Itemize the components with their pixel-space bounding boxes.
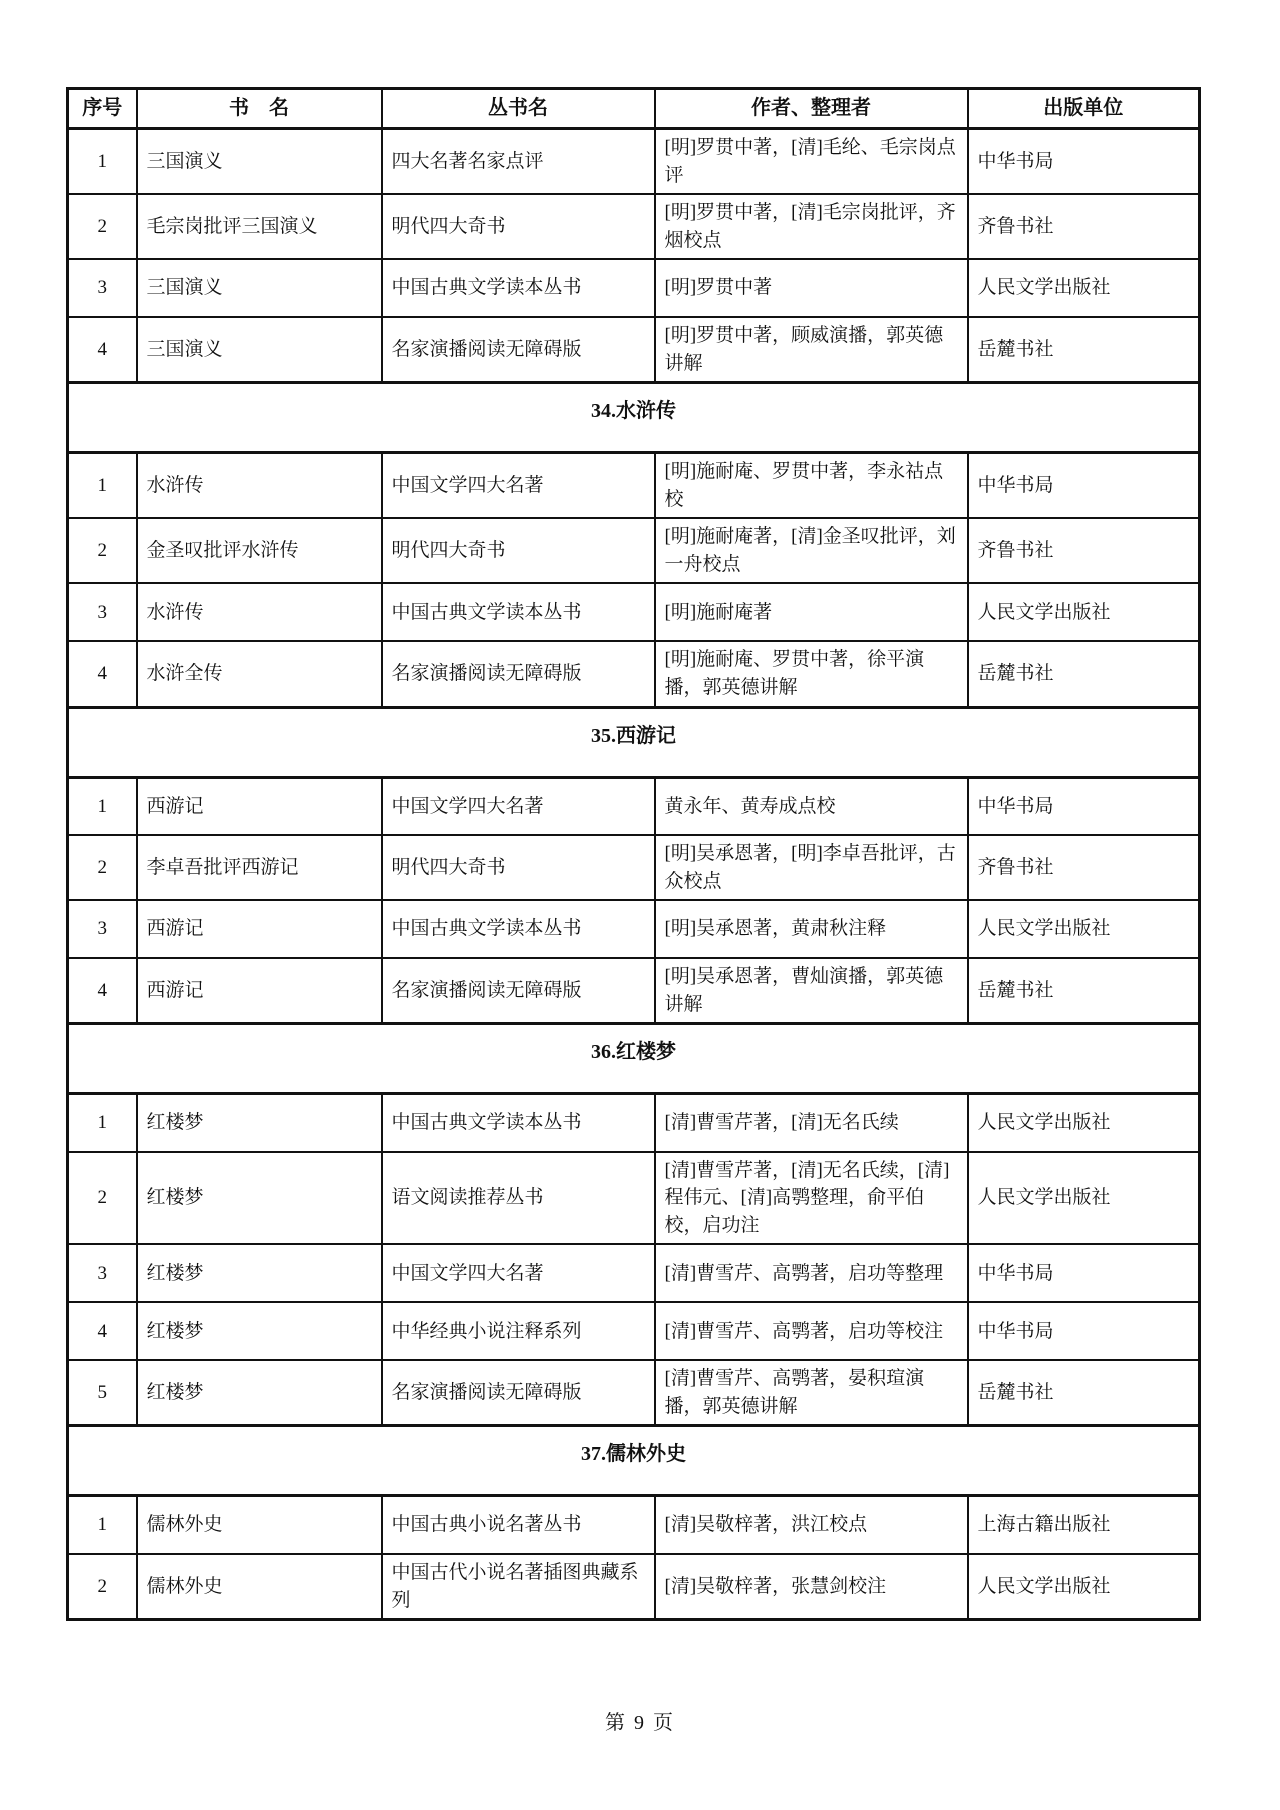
book-title-cell: 毛宗岗批评三国演义 — [137, 194, 382, 259]
publisher-cell: 齐鲁书社 — [968, 194, 1200, 259]
publisher-cell: 岳麓书社 — [968, 641, 1200, 707]
series-name-cell: 四大名著名家点评 — [382, 129, 655, 195]
row-index-cell: 2 — [68, 518, 137, 583]
section-header-row: 34.水浒传 — [68, 383, 1200, 453]
publisher-cell: 岳麓书社 — [968, 958, 1200, 1024]
row-index-cell: 2 — [68, 194, 137, 259]
table-row: 2儒林外史中国古代小说名著插图典藏系列[清]吴敬梓著，张慧剑校注人民文学出版社 — [68, 1554, 1200, 1620]
series-name-cell: 名家演播阅读无障碍版 — [382, 317, 655, 383]
publisher-cell: 人民文学出版社 — [968, 1094, 1200, 1152]
section-header-row: 37.儒林外史 — [68, 1426, 1200, 1496]
row-index-cell: 1 — [68, 1496, 137, 1554]
row-index-cell: 3 — [68, 583, 137, 641]
table-row: 2金圣叹批评水浒传明代四大奇书[明]施耐庵著，[清]金圣叹批评，刘一舟校点齐鲁书… — [68, 518, 1200, 583]
row-index-cell: 4 — [68, 1302, 137, 1360]
book-title-cell: 西游记 — [137, 900, 382, 958]
row-index-cell: 4 — [68, 641, 137, 707]
section-header-row: 35.西游记 — [68, 707, 1200, 777]
table-row: 3三国演义中国古典文学读本丛书[明]罗贯中著人民文学出版社 — [68, 259, 1200, 317]
table-row: 2毛宗岗批评三国演义明代四大奇书[明]罗贯中著，[清]毛宗岗批评，齐烟校点齐鲁书… — [68, 194, 1200, 259]
publisher-cell: 人民文学出版社 — [968, 259, 1200, 317]
table-row: 5红楼梦名家演播阅读无障碍版[清]曹雪芹、高鹗著，晏积瑄演播，郭英德讲解岳麓书社 — [68, 1360, 1200, 1426]
table-row: 4西游记名家演播阅读无障碍版[明]吴承恩著，曹灿演播，郭英德讲解岳麓书社 — [68, 958, 1200, 1024]
column-header-authors: 作者、整理者 — [655, 89, 968, 129]
row-index-cell: 3 — [68, 1244, 137, 1302]
table-row: 3水浒传中国古典文学读本丛书[明]施耐庵著人民文学出版社 — [68, 583, 1200, 641]
column-header-index: 序号 — [68, 89, 137, 129]
authors-cell: [明]施耐庵著 — [655, 583, 968, 641]
authors-cell: [清]曹雪芹著，[清]无名氏续 — [655, 1094, 968, 1152]
series-name-cell: 中国文学四大名著 — [382, 453, 655, 519]
series-name-cell: 明代四大奇书 — [382, 194, 655, 259]
book-title-cell: 水浒传 — [137, 453, 382, 519]
authors-cell: [明]罗贯中著 — [655, 259, 968, 317]
section-header-row: 36.红楼梦 — [68, 1024, 1200, 1094]
series-name-cell: 中华经典小说注释系列 — [382, 1302, 655, 1360]
book-title-cell: 李卓吾批评西游记 — [137, 835, 382, 900]
authors-cell: [清]曹雪芹著，[清]无名氏续，[清]程伟元、[清]高鹗整理，俞平伯校，启功注 — [655, 1152, 968, 1245]
publisher-cell: 中华书局 — [968, 1244, 1200, 1302]
series-name-cell: 名家演播阅读无障碍版 — [382, 958, 655, 1024]
authors-cell: [明]施耐庵、罗贯中著，李永祜点校 — [655, 453, 968, 519]
section-title: 35.西游记 — [68, 707, 1200, 777]
table-row: 3西游记中国古典文学读本丛书[明]吴承恩著，黄肃秋注释人民文学出版社 — [68, 900, 1200, 958]
row-index-cell: 1 — [68, 453, 137, 519]
publisher-cell: 人民文学出版社 — [968, 583, 1200, 641]
book-title-cell: 红楼梦 — [137, 1152, 382, 1245]
book-title-cell: 三国演义 — [137, 129, 382, 195]
series-name-cell: 明代四大奇书 — [382, 835, 655, 900]
table-row: 1水浒传中国文学四大名著[明]施耐庵、罗贯中著，李永祜点校中华书局 — [68, 453, 1200, 519]
series-name-cell: 中国文学四大名著 — [382, 777, 655, 835]
row-index-cell: 2 — [68, 835, 137, 900]
publisher-cell: 岳麓书社 — [968, 317, 1200, 383]
row-index-cell: 2 — [68, 1152, 137, 1245]
row-index-cell: 3 — [68, 259, 137, 317]
publisher-cell: 中华书局 — [968, 453, 1200, 519]
book-title-cell: 儒林外史 — [137, 1496, 382, 1554]
table-row: 1红楼梦中国古典文学读本丛书[清]曹雪芹著，[清]无名氏续人民文学出版社 — [68, 1094, 1200, 1152]
publisher-cell: 上海古籍出版社 — [968, 1496, 1200, 1554]
book-title-cell: 西游记 — [137, 958, 382, 1024]
authors-cell: [明]吴承恩著，曹灿演播，郭英德讲解 — [655, 958, 968, 1024]
series-name-cell: 中国古典小说名著丛书 — [382, 1496, 655, 1554]
authors-cell: [明]吴承恩著，[明]李卓吾批评，古众校点 — [655, 835, 968, 900]
publisher-cell: 岳麓书社 — [968, 1360, 1200, 1426]
series-name-cell: 中国古典文学读本丛书 — [382, 259, 655, 317]
column-header-title: 书 名 — [137, 89, 382, 129]
publisher-cell: 中华书局 — [968, 1302, 1200, 1360]
book-title-cell: 西游记 — [137, 777, 382, 835]
authors-cell: 黄永年、黄寿成点校 — [655, 777, 968, 835]
authors-cell: [明]罗贯中著，[清]毛宗岗批评，齐烟校点 — [655, 194, 968, 259]
publisher-cell: 人民文学出版社 — [968, 900, 1200, 958]
column-header-series: 丛书名 — [382, 89, 655, 129]
authors-cell: [清]曹雪芹、高鹗著，启功等校注 — [655, 1302, 968, 1360]
publisher-cell: 中华书局 — [968, 777, 1200, 835]
book-title-cell: 三国演义 — [137, 259, 382, 317]
series-name-cell: 中国古典文学读本丛书 — [382, 900, 655, 958]
series-name-cell: 名家演播阅读无障碍版 — [382, 1360, 655, 1426]
row-index-cell: 3 — [68, 900, 137, 958]
section-title: 36.红楼梦 — [68, 1024, 1200, 1094]
table-row: 3红楼梦中国文学四大名著[清]曹雪芹、高鹗著，启功等整理中华书局 — [68, 1244, 1200, 1302]
authors-cell: [明]吴承恩著，黄肃秋注释 — [655, 900, 968, 958]
table-row: 4三国演义名家演播阅读无障碍版[明]罗贯中著，顾威演播，郭英德讲解岳麓书社 — [68, 317, 1200, 383]
row-index-cell: 5 — [68, 1360, 137, 1426]
row-index-cell: 2 — [68, 1554, 137, 1620]
series-name-cell: 语文阅读推荐丛书 — [382, 1152, 655, 1245]
table-row: 2李卓吾批评西游记明代四大奇书[明]吴承恩著，[明]李卓吾批评，古众校点齐鲁书社 — [68, 835, 1200, 900]
authors-cell: [清]吴敬梓著，张慧剑校注 — [655, 1554, 968, 1620]
series-name-cell: 中国古代小说名著插图典藏系列 — [382, 1554, 655, 1620]
row-index-cell: 1 — [68, 1094, 137, 1152]
publisher-cell: 齐鲁书社 — [968, 835, 1200, 900]
book-title-cell: 儒林外史 — [137, 1554, 382, 1620]
authors-cell: [清]吴敬梓著，洪江校点 — [655, 1496, 968, 1554]
book-title-cell: 红楼梦 — [137, 1094, 382, 1152]
table-row: 1儒林外史中国古典小说名著丛书[清]吴敬梓著，洪江校点上海古籍出版社 — [68, 1496, 1200, 1554]
table-row: 1三国演义四大名著名家点评[明]罗贯中著，[清]毛纶、毛宗岗点评中华书局 — [68, 129, 1200, 195]
row-index-cell: 4 — [68, 958, 137, 1024]
publisher-cell: 中华书局 — [968, 129, 1200, 195]
section-title: 37.儒林外史 — [68, 1426, 1200, 1496]
series-name-cell: 中国文学四大名著 — [382, 1244, 655, 1302]
book-title-cell: 红楼梦 — [137, 1302, 382, 1360]
series-name-cell: 明代四大奇书 — [382, 518, 655, 583]
book-title-cell: 红楼梦 — [137, 1244, 382, 1302]
page-number-footer: 第 9 页 — [0, 1706, 1280, 1735]
authors-cell: [明]施耐庵著，[清]金圣叹批评，刘一舟校点 — [655, 518, 968, 583]
column-header-publisher: 出版单位 — [968, 89, 1200, 129]
book-title-cell: 水浒传 — [137, 583, 382, 641]
publisher-cell: 人民文学出版社 — [968, 1554, 1200, 1620]
authors-cell: [明]罗贯中著，顾威演播，郭英德讲解 — [655, 317, 968, 383]
publisher-cell: 齐鲁书社 — [968, 518, 1200, 583]
table-row: 2红楼梦语文阅读推荐丛书[清]曹雪芹著，[清]无名氏续，[清]程伟元、[清]高鹗… — [68, 1152, 1200, 1245]
page-number-text: 第 9 页 — [605, 1712, 675, 1734]
row-index-cell: 4 — [68, 317, 137, 383]
book-list-table: 序号 书 名 丛书名 作者、整理者 出版单位 1三国演义四大名著名家点评[明]罗… — [66, 87, 1201, 1621]
table-row: 4红楼梦中华经典小说注释系列[清]曹雪芹、高鹗著，启功等校注中华书局 — [68, 1302, 1200, 1360]
publisher-cell: 人民文学出版社 — [968, 1152, 1200, 1245]
series-name-cell: 中国古典文学读本丛书 — [382, 583, 655, 641]
book-title-cell: 金圣叹批评水浒传 — [137, 518, 382, 583]
series-name-cell: 名家演播阅读无障碍版 — [382, 641, 655, 707]
row-index-cell: 1 — [68, 129, 137, 195]
row-index-cell: 1 — [68, 777, 137, 835]
authors-cell: [明]施耐庵、罗贯中著，徐平演播，郭英德讲解 — [655, 641, 968, 707]
table-header-row: 序号 书 名 丛书名 作者、整理者 出版单位 — [68, 89, 1200, 129]
document-page: 序号 书 名 丛书名 作者、整理者 出版单位 1三国演义四大名著名家点评[明]罗… — [0, 0, 1280, 1810]
authors-cell: [清]曹雪芹、高鹗著，启功等整理 — [655, 1244, 968, 1302]
book-title-cell: 水浒全传 — [137, 641, 382, 707]
series-name-cell: 中国古典文学读本丛书 — [382, 1094, 655, 1152]
book-title-cell: 红楼梦 — [137, 1360, 382, 1426]
authors-cell: [明]罗贯中著，[清]毛纶、毛宗岗点评 — [655, 129, 968, 195]
section-title: 34.水浒传 — [68, 383, 1200, 453]
book-title-cell: 三国演义 — [137, 317, 382, 383]
authors-cell: [清]曹雪芹、高鹗著，晏积瑄演播，郭英德讲解 — [655, 1360, 968, 1426]
table-row: 1西游记中国文学四大名著黄永年、黄寿成点校中华书局 — [68, 777, 1200, 835]
table-row: 4水浒全传名家演播阅读无障碍版[明]施耐庵、罗贯中著，徐平演播，郭英德讲解岳麓书… — [68, 641, 1200, 707]
